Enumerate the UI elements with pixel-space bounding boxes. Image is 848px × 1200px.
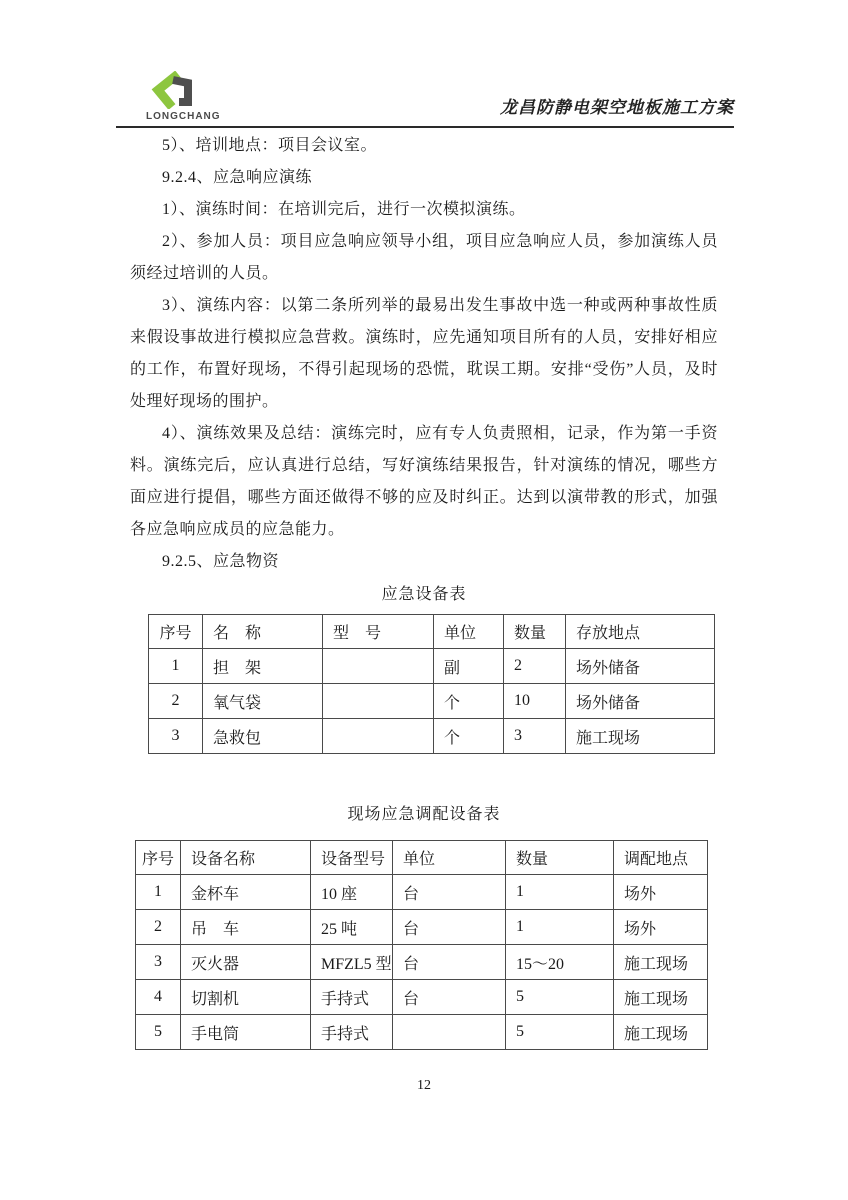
table-cell — [323, 649, 434, 684]
document-title: 龙昌防静电架空地板施工方案 — [500, 93, 734, 118]
table-cell: 3 — [504, 719, 566, 754]
table-row: 3 急救包 个 3 施工现场 — [149, 719, 715, 754]
paragraph: 3）、演练内容：以第二条所列举的最易出发生事故中选一种或两种事故性质来假设事故进… — [130, 290, 718, 418]
column-header: 调配地点 — [614, 841, 708, 875]
column-header: 数量 — [504, 615, 566, 649]
column-header: 数量 — [506, 841, 614, 875]
column-header: 序号 — [149, 615, 203, 649]
table-cell: 手持式 — [311, 1015, 393, 1050]
table-cell: 吊 车 — [181, 910, 311, 945]
table-cell: 1 — [149, 649, 203, 684]
table-cell: 施工现场 — [614, 980, 708, 1015]
logo-brand-text: LONGCHANG — [146, 111, 256, 122]
table-cell: 5 — [506, 980, 614, 1015]
table-cell — [323, 719, 434, 754]
table-cell: 台 — [393, 910, 506, 945]
paragraph: 4）、演练效果及总结：演练完时，应有专人负责照相，记录，作为第一手资料。演练完后… — [130, 418, 718, 546]
table-cell: 15～20 — [506, 945, 614, 980]
table-cell: 4 — [136, 980, 181, 1015]
table-row: 1 担 架 副 2 场外储备 — [149, 649, 715, 684]
table-cell: 施工现场 — [614, 945, 708, 980]
equipment-table-caption: 应急设备表 — [130, 582, 718, 608]
column-header: 型 号 — [323, 615, 434, 649]
dispatch-table: 序号 设备名称 设备型号 单位 数量 调配地点 1 金杯车 10 座 台 1 场… — [135, 840, 708, 1050]
table-cell: 1 — [506, 875, 614, 910]
table-header-row: 序号 名 称 型 号 单位 数量 存放地点 — [149, 615, 715, 649]
table-cell: 2 — [149, 684, 203, 719]
table-cell: 10 座 — [311, 875, 393, 910]
table-cell: 手电筒 — [181, 1015, 311, 1050]
table-cell: 台 — [393, 945, 506, 980]
table-cell: 担 架 — [203, 649, 323, 684]
table-cell: 2 — [504, 649, 566, 684]
table-cell: 1 — [506, 910, 614, 945]
page-content: 5）、培训地点：项目会议室。 9.2.4、应急响应演练 1）、演练时间：在培训完… — [130, 130, 718, 1050]
table-cell: 10 — [504, 684, 566, 719]
table-row: 5 手电筒 手持式 5 施工现场 — [136, 1015, 708, 1050]
table-cell: MFZL5 型 — [311, 945, 393, 980]
table-cell: 急救包 — [203, 719, 323, 754]
equipment-table: 序号 名 称 型 号 单位 数量 存放地点 1 担 架 副 2 场外储备 2 氧… — [148, 614, 715, 754]
table-cell: 3 — [149, 719, 203, 754]
column-header: 序号 — [136, 841, 181, 875]
longchang-logo-icon — [148, 71, 192, 109]
section-heading: 9.2.4、应急响应演练 — [130, 162, 718, 194]
table-row: 4 切割机 手持式 台 5 施工现场 — [136, 980, 708, 1015]
table-cell: 个 — [434, 719, 504, 754]
table-row: 2 氧气袋 个 10 场外储备 — [149, 684, 715, 719]
table-cell: 场外储备 — [566, 684, 715, 719]
table-cell: 台 — [393, 980, 506, 1015]
document-page: LONGCHANG 龙昌防静电架空地板施工方案 5）、培训地点：项目会议室。 9… — [0, 0, 848, 1200]
company-logo: LONGCHANG — [146, 71, 256, 122]
table-row: 2 吊 车 25 吨 台 1 场外 — [136, 910, 708, 945]
paragraph: 1）、演练时间：在培训完后，进行一次模拟演练。 — [130, 194, 718, 226]
table-cell: 1 — [136, 875, 181, 910]
page-number: 12 — [0, 1078, 848, 1094]
column-header: 设备型号 — [311, 841, 393, 875]
section-heading: 9.2.5、应急物资 — [130, 546, 718, 578]
table-header-row: 序号 设备名称 设备型号 单位 数量 调配地点 — [136, 841, 708, 875]
paragraph: 2）、参加人员：项目应急响应领导小组，项目应急响应人员，参加演练人员须经过培训的… — [130, 226, 718, 290]
table-cell: 金杯车 — [181, 875, 311, 910]
table-cell: 副 — [434, 649, 504, 684]
paragraph: 5）、培训地点：项目会议室。 — [130, 130, 718, 162]
table-cell: 氧气袋 — [203, 684, 323, 719]
column-header: 名 称 — [203, 615, 323, 649]
column-header: 单位 — [393, 841, 506, 875]
dispatch-table-caption: 现场应急调配设备表 — [130, 802, 718, 828]
table-cell — [323, 684, 434, 719]
table-cell: 切割机 — [181, 980, 311, 1015]
table-cell: 灭火器 — [181, 945, 311, 980]
table-cell — [393, 1015, 506, 1050]
table-cell: 施工现场 — [614, 1015, 708, 1050]
table-cell: 台 — [393, 875, 506, 910]
table-cell: 25 吨 — [311, 910, 393, 945]
table-cell: 手持式 — [311, 980, 393, 1015]
table-cell: 5 — [506, 1015, 614, 1050]
table-row: 3 灭火器 MFZL5 型 台 15～20 施工现场 — [136, 945, 708, 980]
table-cell: 场外 — [614, 910, 708, 945]
table-cell: 3 — [136, 945, 181, 980]
table-cell: 施工现场 — [566, 719, 715, 754]
column-header: 设备名称 — [181, 841, 311, 875]
table-cell: 场外 — [614, 875, 708, 910]
table-cell: 2 — [136, 910, 181, 945]
table-row: 1 金杯车 10 座 台 1 场外 — [136, 875, 708, 910]
table-cell: 5 — [136, 1015, 181, 1050]
page-header: LONGCHANG 龙昌防静电架空地板施工方案 — [116, 54, 734, 128]
table-cell: 个 — [434, 684, 504, 719]
table-cell: 场外储备 — [566, 649, 715, 684]
column-header: 单位 — [434, 615, 504, 649]
column-header: 存放地点 — [566, 615, 715, 649]
